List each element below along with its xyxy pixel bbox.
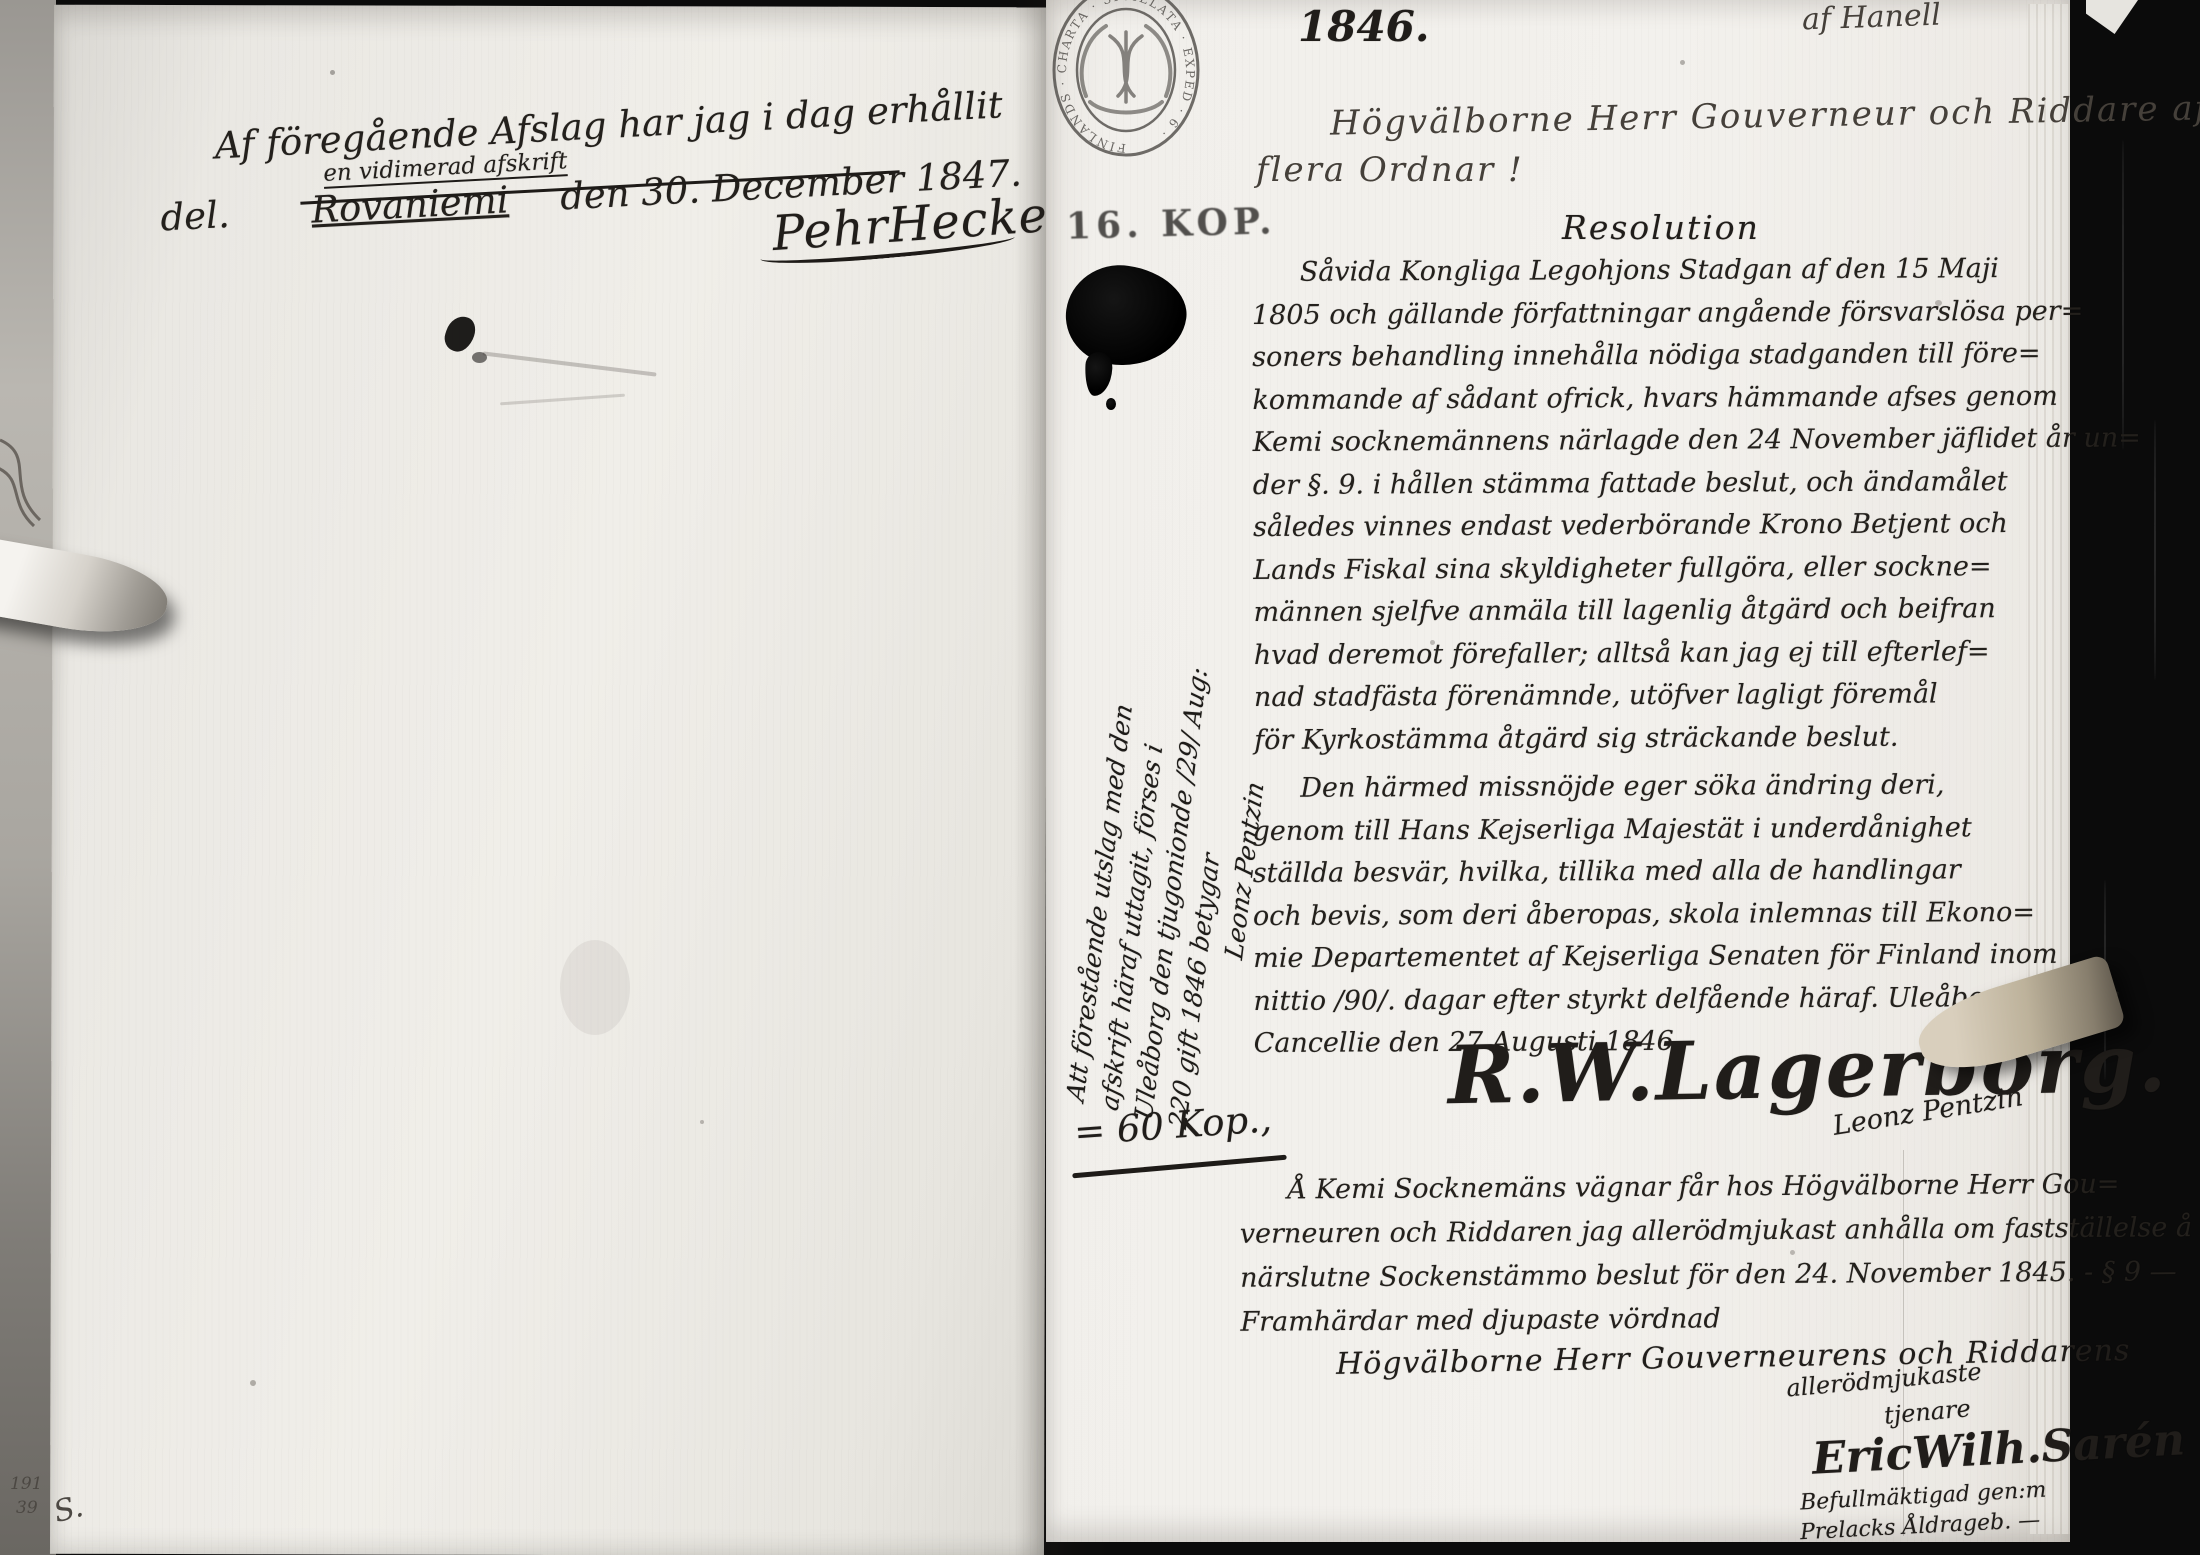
salutation-line2: flera Ordnar !	[1256, 150, 1524, 190]
smudge	[560, 940, 630, 1035]
kop-value-stamp: 16. KOP.	[1065, 200, 1277, 247]
scan-left-edge	[0, 0, 56, 1555]
petition-paragraph: Å Kemi Socknemäns vägnar får hos Högvälb…	[1239, 1163, 2040, 1345]
speck	[700, 1120, 704, 1124]
resolution-paragraph-1: Såvida Kongliga Legohjons Stadgan af den…	[1252, 248, 2035, 762]
speck	[250, 1380, 256, 1386]
receipt-note-del: del.	[159, 193, 230, 240]
header-annotation: af Hanell	[1801, 0, 1941, 37]
body-line: ställda besvär, hvilka, tillika med alla…	[1253, 849, 2033, 896]
body-line: genom till Hans Kejserliga Majestät i un…	[1252, 806, 2032, 853]
margin-certification-note: Att förestående utslag med den afskrift …	[1052, 408, 1242, 1108]
speck	[1935, 300, 1942, 306]
body-line: och bevis, som deri åberopas, skola inle…	[1253, 891, 2033, 938]
body-line: der §. 9. i hållen stämma fattade beslut…	[1253, 460, 2033, 507]
speck	[1680, 60, 1685, 65]
body-line: Den härmed missnöjde eger söka ändring d…	[1252, 764, 2032, 811]
year-heading: 1846.	[1298, 2, 1430, 51]
margin-scribble	[0, 428, 56, 548]
scanned-archival-document: Af föregående Afslag har jag i dag erhål…	[0, 0, 2200, 1555]
body-line: mie Departementet af Kejserliga Senaten …	[1253, 934, 2033, 981]
body-line: Å Kemi Socknemäns vägnar får hos Högvälb…	[1239, 1163, 2039, 1213]
body-line: nittio /90/. dagar efter styrkt delfåend…	[1253, 976, 2033, 1023]
body-line: 1805 och gällande författningar angående…	[1252, 290, 2032, 337]
body-line: kommande af sådant ofrick, hvars hämmand…	[1252, 375, 2032, 422]
body-line: för Kyrkostämma åtgärd sig sträckande be…	[1254, 715, 2034, 762]
charta-sigillata-seal: FINLANDS · CHARTA · SIGILLATA · EXPED · …	[1048, 0, 1204, 160]
book-edge-streak	[2122, 140, 2124, 450]
body-line: verneuren och Riddaren jag allerödmjukas…	[1240, 1207, 2040, 1257]
body-line: Lands Fiskal sina skyldigheter fullgöra,…	[1253, 545, 2033, 592]
speck	[1790, 1250, 1795, 1255]
body-line: Kemi socknemännens närlagde den 24 Novem…	[1253, 418, 2033, 465]
body-line: soners behandling innehålla nödiga stadg…	[1252, 333, 2032, 380]
speck	[1430, 640, 1435, 645]
page-number-top: 191	[10, 1474, 42, 1494]
speck	[330, 70, 335, 75]
resolution-heading: Resolution	[1562, 208, 1760, 247]
body-line: nad stadfästa förenämnde, utöfver laglig…	[1254, 673, 2034, 720]
body-line: närslutne Sockenstämmo beslut för den 24…	[1240, 1251, 2040, 1301]
body-line: Såvida Kongliga Legohjons Stadgan af den…	[1252, 248, 2032, 295]
body-line: således vinnes endast vederbörande Krono…	[1253, 503, 2033, 550]
book-edge-streak	[2154, 420, 2156, 680]
page-corner-sliver	[2086, 0, 2138, 34]
body-line: hvad deremot förefaller; alltså kan jag …	[1254, 630, 2034, 677]
body-line: männen sjelfve anmäla till lagenlig åtgä…	[1253, 588, 2033, 635]
page-number-bottom: 39	[16, 1498, 38, 1518]
